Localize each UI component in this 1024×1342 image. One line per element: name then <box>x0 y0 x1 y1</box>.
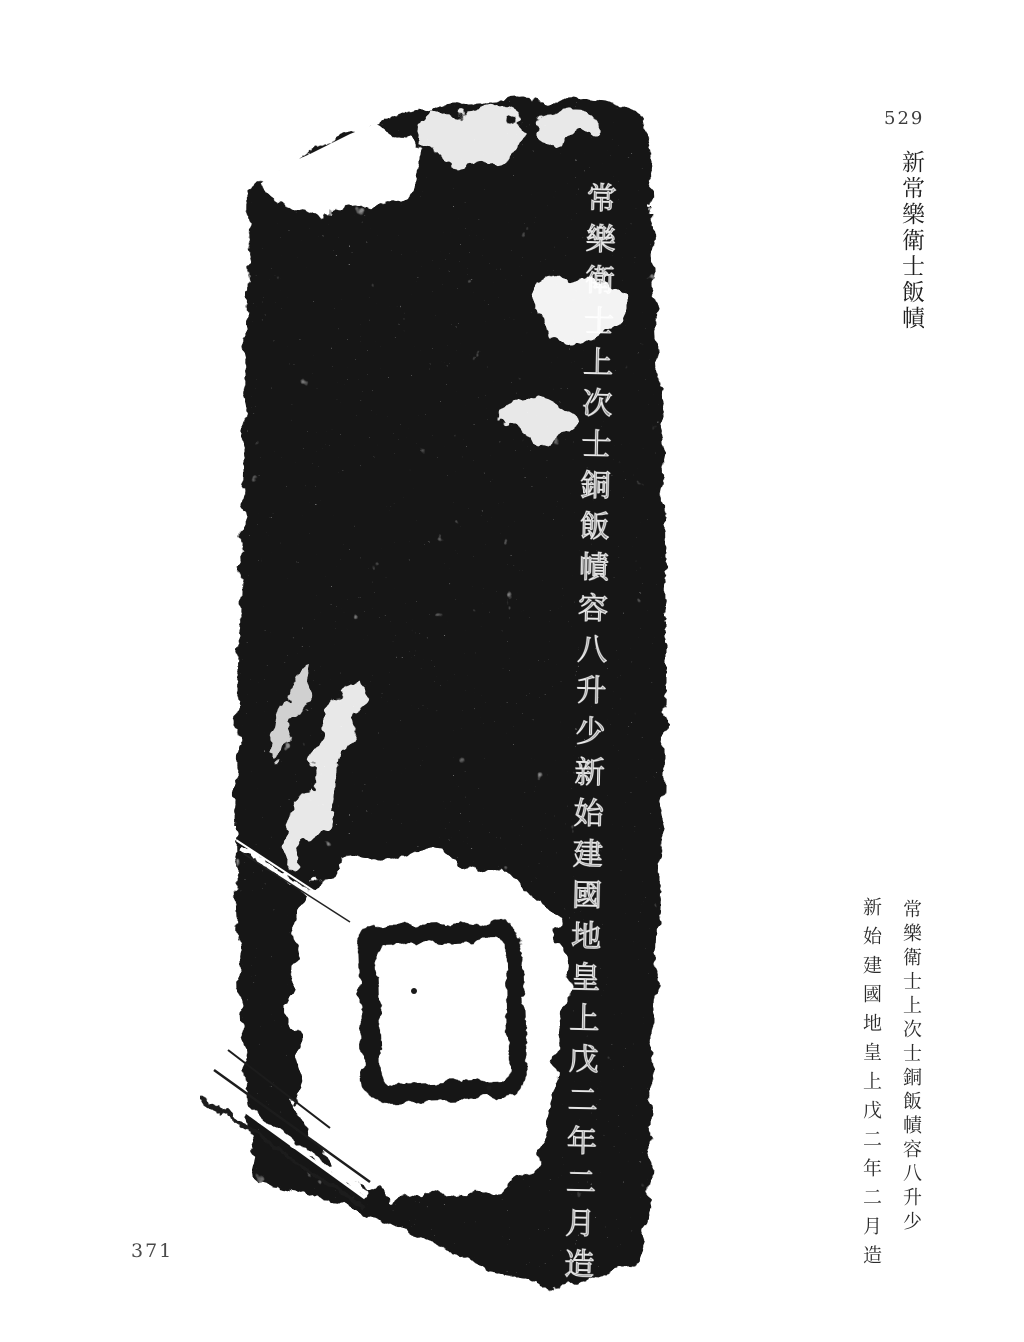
page-number: 371 <box>131 1240 173 1262</box>
catalog-title: 新常樂衛士飯幘 <box>884 150 928 350</box>
rubbing-image: 常樂衛士上次士銅飯幘容八升少新始建國地皇上戊二年二月造 <box>200 88 675 1303</box>
rubbing-speck <box>487 1086 492 1091</box>
book-page: 529 新常樂衛士飯幘 <box>0 0 1024 1342</box>
transcription-column-left: 新始建國地皇上戊二年二月造 <box>848 897 884 1277</box>
plate-number: 529 <box>884 108 924 129</box>
transcription-column-right: 常樂衛士上次士銅飯幘容八升少 <box>886 899 924 1259</box>
rubbing-speck <box>411 988 417 994</box>
rubbing-square-opening <box>367 931 518 1094</box>
